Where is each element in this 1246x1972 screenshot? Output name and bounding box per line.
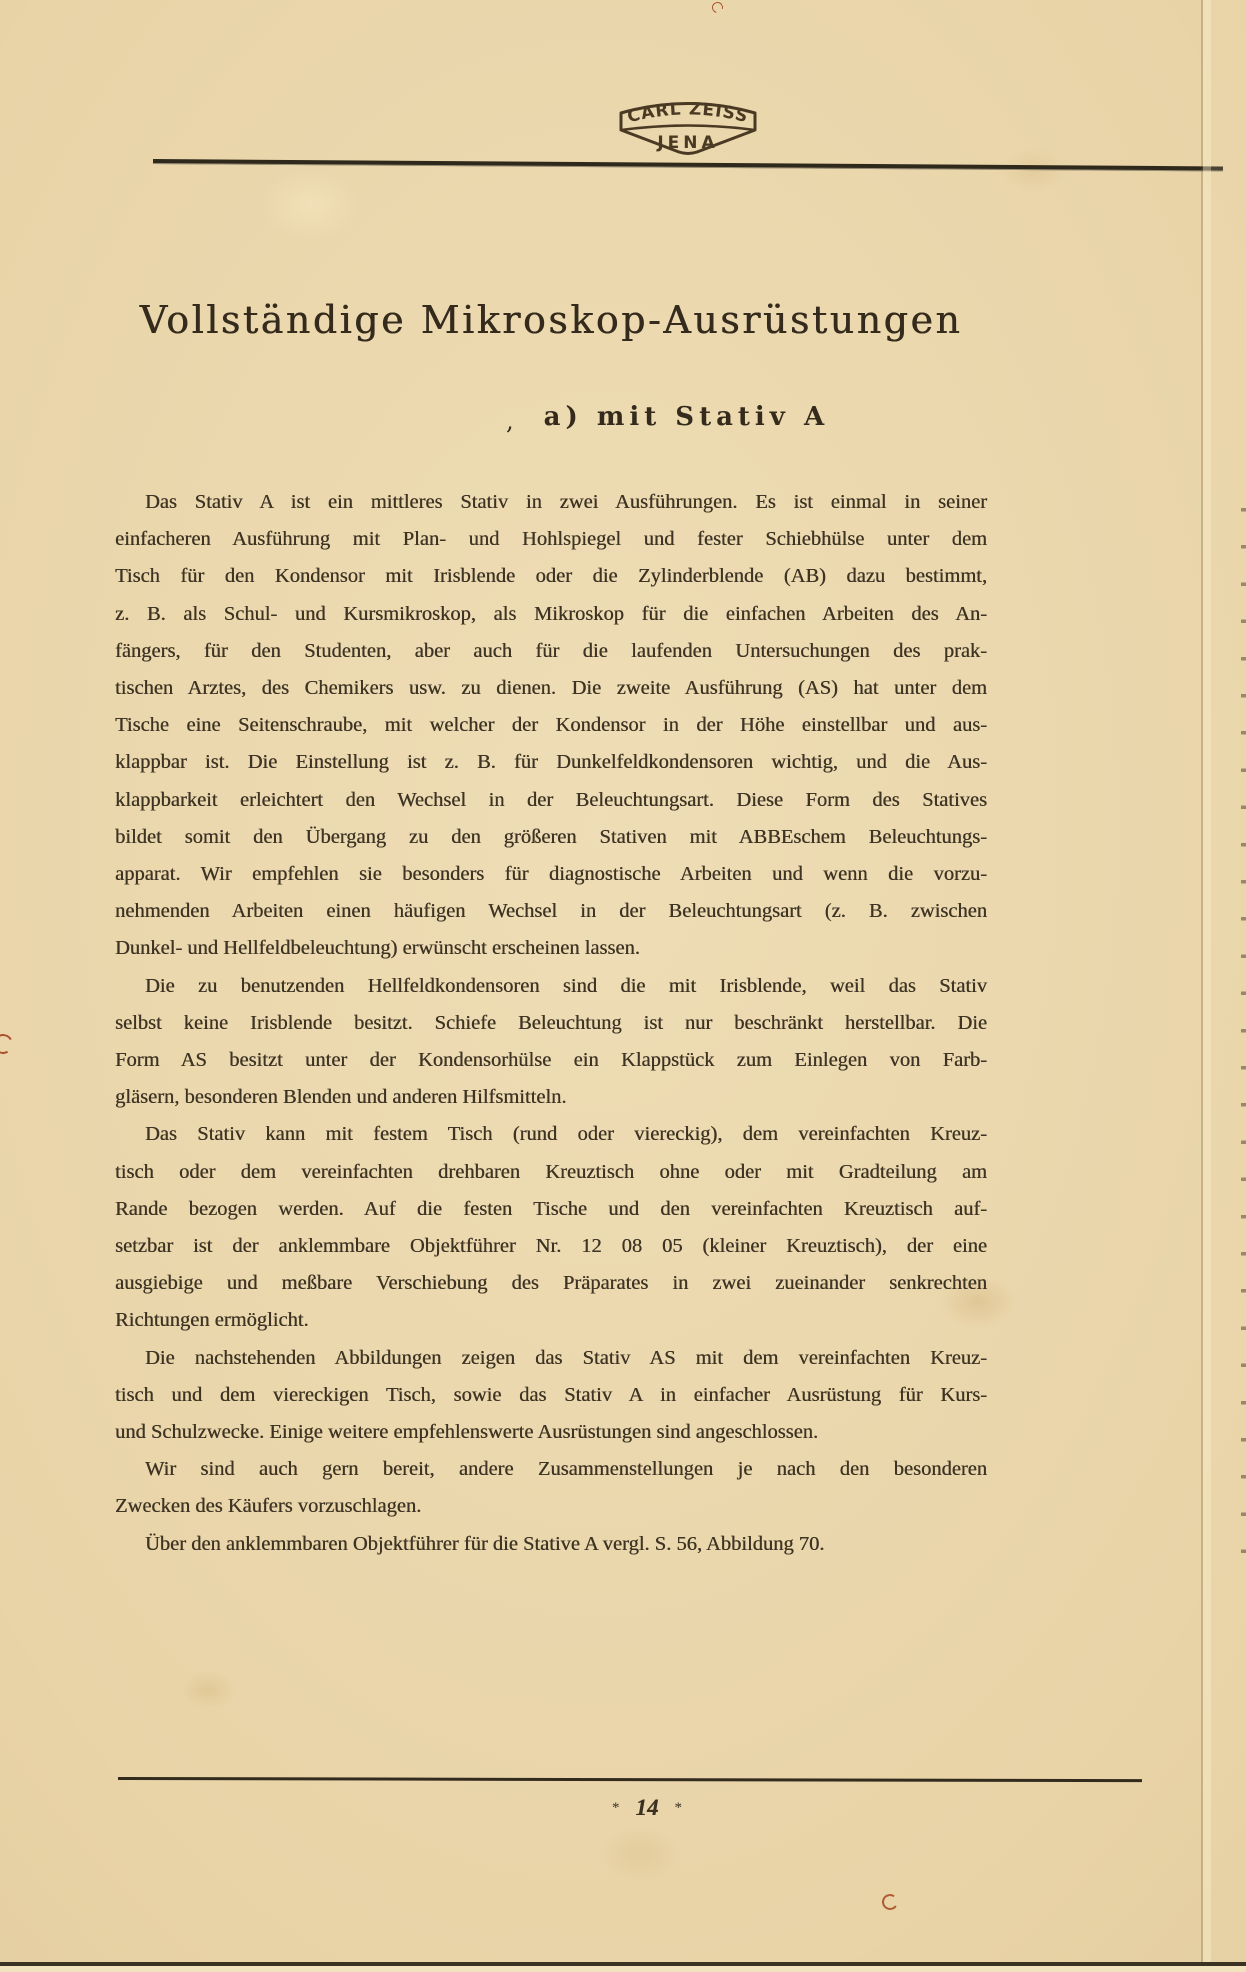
- logo-bottom-text: JENA: [656, 133, 718, 153]
- text-line: Über den anklemmbaren Objektführer für d…: [115, 1526, 987, 1563]
- text-line: nehmenden Arbeiten einen häufigen Wechse…: [115, 893, 987, 930]
- text-line: Form AS besitzt unter der Kondensorhülse…: [115, 1042, 987, 1079]
- text-line: klappbarkeit erleichtert den Wechsel in …: [115, 782, 987, 819]
- paragraph: Das Stativ A ist ein mittleres Stativ in…: [115, 484, 987, 968]
- logo-top-text: CARL ZEISS: [625, 99, 750, 127]
- text-line: tisch oder dem vereinfachten drehbaren K…: [115, 1154, 987, 1191]
- text-line: apparat. Wir empfehlen sie besonders für…: [115, 856, 987, 893]
- paragraph: Die zu benutzenden Hellfeldkondensoren s…: [115, 968, 987, 1117]
- text-line: Tische eine Seitenschraube, mit welcher …: [115, 707, 987, 744]
- text-line: Zwecken des Käufers vorzuschlagen.: [115, 1488, 987, 1525]
- text-line: Richtungen ermöglicht.: [115, 1302, 987, 1339]
- text-line: Tisch für den Kondensor mit Irisblende o…: [115, 558, 987, 595]
- text-line: Dunkel- und Hellfeldbeleuchtung) erwünsc…: [115, 930, 987, 967]
- text-line: bildet somit den Übergang zu den größere…: [115, 819, 987, 856]
- svg-text:CARL ZEISS: CARL ZEISS: [625, 99, 750, 127]
- text-line: z. B. als Schul- und Kursmikroskop, als …: [115, 596, 987, 633]
- body-text: Das Stativ A ist ein mittleres Stativ in…: [115, 484, 987, 1563]
- paragraph: Die nachstehenden Abbildungen zeigen das…: [115, 1340, 987, 1452]
- page-number: *14*: [612, 1795, 682, 1821]
- text-line: Das Stativ A ist ein mittleres Stativ in…: [115, 484, 987, 521]
- ink-mark-bottom: [881, 1893, 900, 1912]
- footer-right-star: *: [675, 1800, 683, 1816]
- text-line: klappbar ist. Die Einstellung ist z. B. …: [115, 744, 987, 781]
- ink-mark-top: [710, 0, 725, 15]
- text-line: fängers, für den Studenten, aber auch fü…: [115, 633, 987, 670]
- footer-left-star: *: [612, 1800, 620, 1816]
- text-line: tisch und dem viereckigen Tisch, sowie d…: [115, 1377, 987, 1414]
- carl-zeiss-jena-logo: CARL ZEISS JENA: [612, 86, 764, 162]
- page-edge-marks: [1241, 478, 1246, 1573]
- logo-divider-line: [621, 126, 755, 131]
- stray-comma-mark: ,: [506, 407, 514, 435]
- footer-rule: [118, 1777, 1142, 1782]
- text-line: Die zu benutzenden Hellfeldkondensoren s…: [115, 968, 987, 1005]
- page-bottom-paper: [0, 1966, 1246, 1972]
- paragraph: Wir sind auch gern bereit, andere Zusamm…: [115, 1451, 987, 1525]
- page-number-value: 14: [636, 1795, 659, 1820]
- text-line: Die nachstehenden Abbildungen zeigen das…: [115, 1340, 987, 1377]
- text-line: ausgiebige und meßbare Verschiebung des …: [115, 1265, 987, 1302]
- text-line: Rande bezogen werden. Auf die festen Tis…: [115, 1191, 987, 1228]
- section-subtitle: a) mit Stativ A: [544, 402, 830, 432]
- subtitle-row: ,a) mit Stativ A: [506, 402, 829, 435]
- text-line: setzbar ist der anklemmbare Objektführer…: [115, 1228, 987, 1265]
- text-line: und Schulzwecke. Einige weitere empfehle…: [115, 1414, 987, 1451]
- text-line: einfacheren Ausführung mit Plan- und Hoh…: [115, 521, 987, 558]
- text-line: Wir sind auch gern bereit, andere Zusamm…: [115, 1451, 987, 1488]
- page-right-edge: [1201, 0, 1246, 1972]
- paragraph: Das Stativ kann mit festem Tisch (rund o…: [115, 1116, 987, 1339]
- scanned-catalog-page: CARL ZEISS JENA Vollständige Mikroskop-A…: [0, 0, 1246, 1972]
- text-line: tischen Arztes, des Chemikers usw. zu di…: [115, 670, 987, 707]
- text-line: selbst keine Irisblende besitzt. Schiefe…: [115, 1005, 987, 1042]
- text-line: gläsern, besonderen Blenden und anderen …: [115, 1079, 987, 1116]
- paragraph: Über den anklemmbaren Objektführer für d…: [115, 1526, 987, 1563]
- page-title: Vollständige Mikroskop-Ausrüstungen: [115, 298, 987, 344]
- ink-mark-left: [0, 1032, 15, 1056]
- text-line: Das Stativ kann mit festem Tisch (rund o…: [115, 1116, 987, 1153]
